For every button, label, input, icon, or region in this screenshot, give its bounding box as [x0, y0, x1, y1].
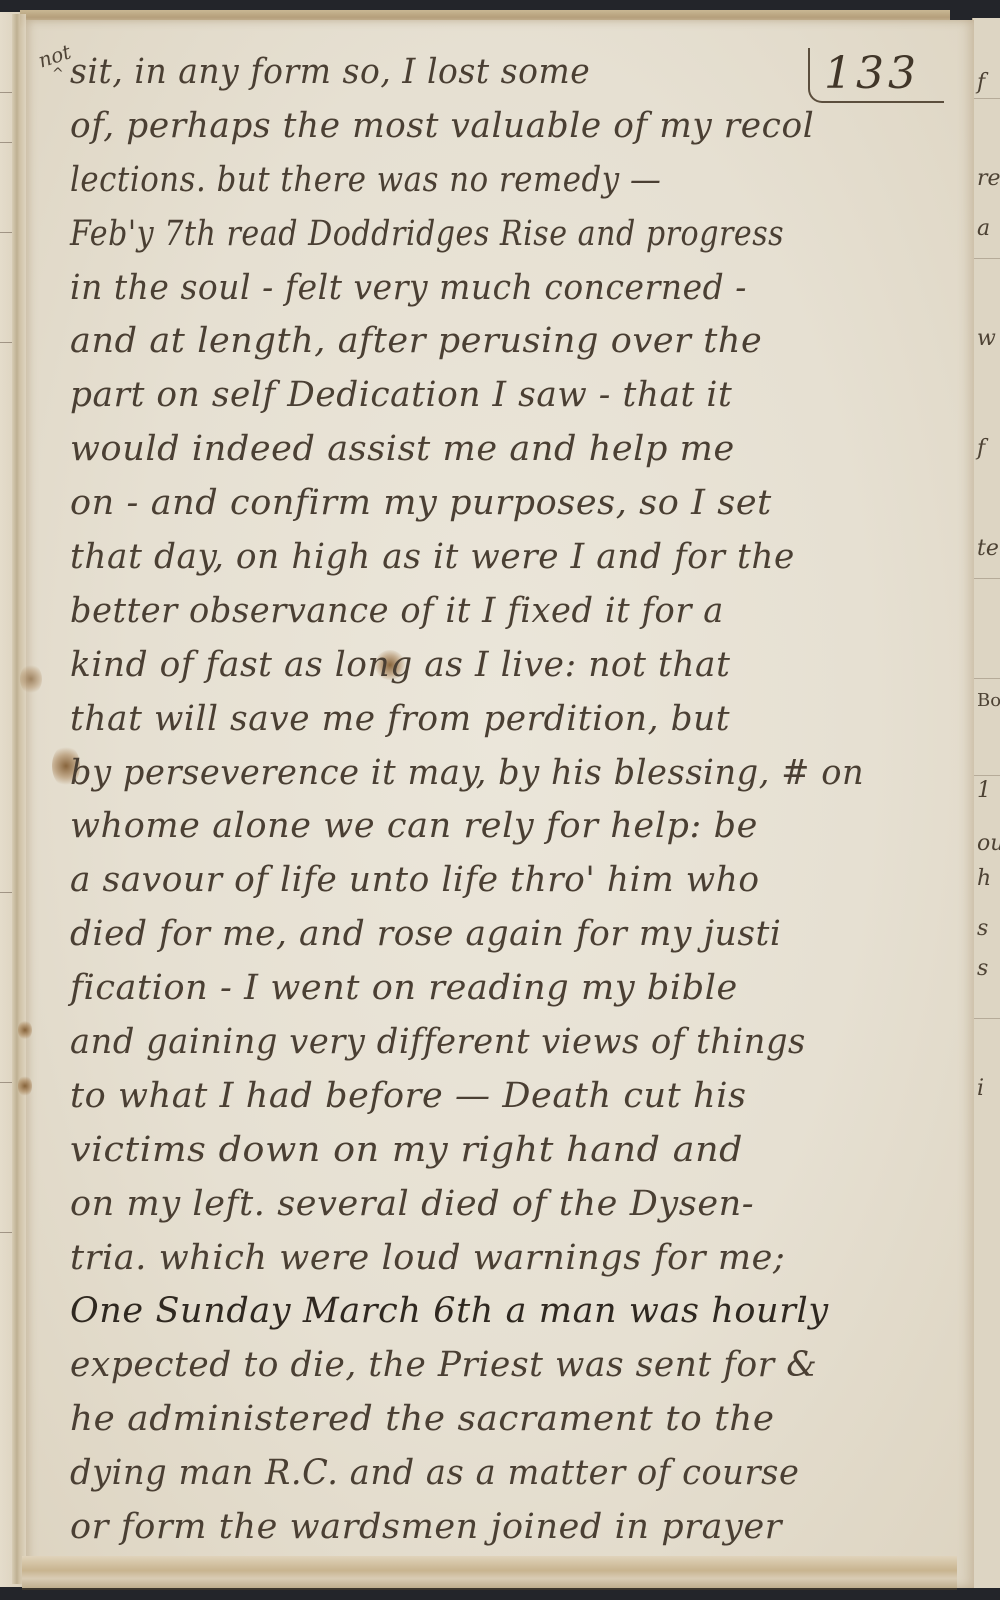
next-page-fragment: te	[977, 538, 999, 560]
ink-fragment	[0, 1232, 12, 1233]
ink-stain	[18, 1020, 32, 1040]
insert-caret: ^	[52, 66, 64, 82]
manuscript-line: died for me, and rose again for my justi	[70, 914, 781, 954]
manuscript-line: whome alone we can rely for help: be	[70, 806, 758, 846]
ink-stain	[20, 664, 42, 694]
manuscript-line: sit, in any form so, I lost some	[70, 52, 590, 92]
manuscript-line: that day, on high as it were I and for t…	[70, 537, 795, 577]
ink-fragment	[0, 892, 12, 893]
next-page-fragment: ou	[977, 833, 1000, 855]
next-page-fragment: f	[977, 438, 985, 460]
ruled-line	[973, 678, 1000, 679]
ruled-line	[973, 578, 1000, 579]
ink-fragment	[0, 342, 12, 343]
manuscript-line: in the soul - felt very much concerned -	[70, 268, 747, 308]
ruled-line	[973, 98, 1000, 99]
manuscript-line: victims down on my right hand and	[70, 1130, 743, 1170]
next-page-edge: f re a w f te Bo 1 ou h s s i	[972, 18, 1000, 1588]
next-page-fragment: Bo	[977, 690, 1000, 712]
page-bottom-edge	[22, 1556, 957, 1590]
binding-gutter	[12, 14, 26, 1584]
manuscript-line: or form the wardsmen joined in prayer	[70, 1507, 782, 1547]
manuscript-line: that will save me from perdition, but	[70, 699, 730, 739]
manuscript-line: Feb'y 7th read Doddridges Rise and progr…	[70, 214, 784, 254]
next-page-fragment: 1	[977, 780, 991, 802]
ruled-line	[973, 258, 1000, 259]
ink-fragment	[0, 92, 12, 93]
next-page-fragment: a	[977, 218, 990, 240]
ink-fragment	[0, 142, 12, 143]
ruled-line	[973, 1018, 1000, 1019]
manuscript-line: tria. which were loud warnings for me;	[70, 1238, 785, 1278]
manuscript-line: lections. but there was no remedy —	[70, 160, 661, 200]
manuscript-line: dying man R.C. and as a matter of course	[70, 1453, 799, 1493]
manuscript-line: would indeed assist me and help me	[70, 429, 735, 469]
manuscript-line: fication - I went on reading my bible	[70, 968, 738, 1008]
next-page-fragment: re	[977, 168, 1000, 190]
manuscript-line: a savour of life unto life thro' him who	[70, 860, 760, 900]
manuscript-line: by perseverence it may, by his blessing,…	[70, 753, 864, 793]
ink-stain	[18, 1075, 32, 1097]
next-page-fragment: s	[977, 918, 988, 940]
manuscript-line: kind of fast as long as I live: not that	[70, 645, 730, 685]
manuscript-line: part on self Dedication I saw - that it	[70, 375, 732, 415]
next-page-fragment: f	[977, 72, 985, 94]
manuscript-line: of, perhaps the most valuable of my reco…	[70, 106, 814, 146]
manuscript-line: better observance of it I fixed it for a	[70, 591, 724, 631]
manuscript-line: One Sunday March 6th a man was hourly	[70, 1291, 829, 1331]
manuscript-scan: f re a w f te Bo 1 ou h s s i not ^ 133 …	[0, 0, 1000, 1600]
manuscript-line: and at length, after perusing over the	[70, 321, 762, 361]
manuscript-line: on - and confirm my purposes, so I set	[70, 483, 772, 523]
ink-fragment	[0, 232, 12, 233]
next-page-fragment: h	[977, 868, 991, 890]
manuscript-line: he administered the sacrament to the	[70, 1399, 775, 1439]
manuscript-line: and gaining very different views of thin…	[70, 1022, 806, 1062]
next-page-fragment: i	[977, 1078, 984, 1100]
next-page-fragment: w	[977, 328, 996, 350]
ruled-line	[973, 775, 1000, 776]
ink-fragment	[0, 1082, 12, 1083]
manuscript-line: to what I had before — Death cut his	[70, 1076, 747, 1116]
manuscript-line: on my left. several died of the Dysen-	[70, 1184, 754, 1224]
page-number: 133	[808, 48, 944, 103]
manuscript-line: expected to die, the Priest was sent for…	[70, 1345, 817, 1385]
next-page-fragment: s	[977, 958, 988, 980]
